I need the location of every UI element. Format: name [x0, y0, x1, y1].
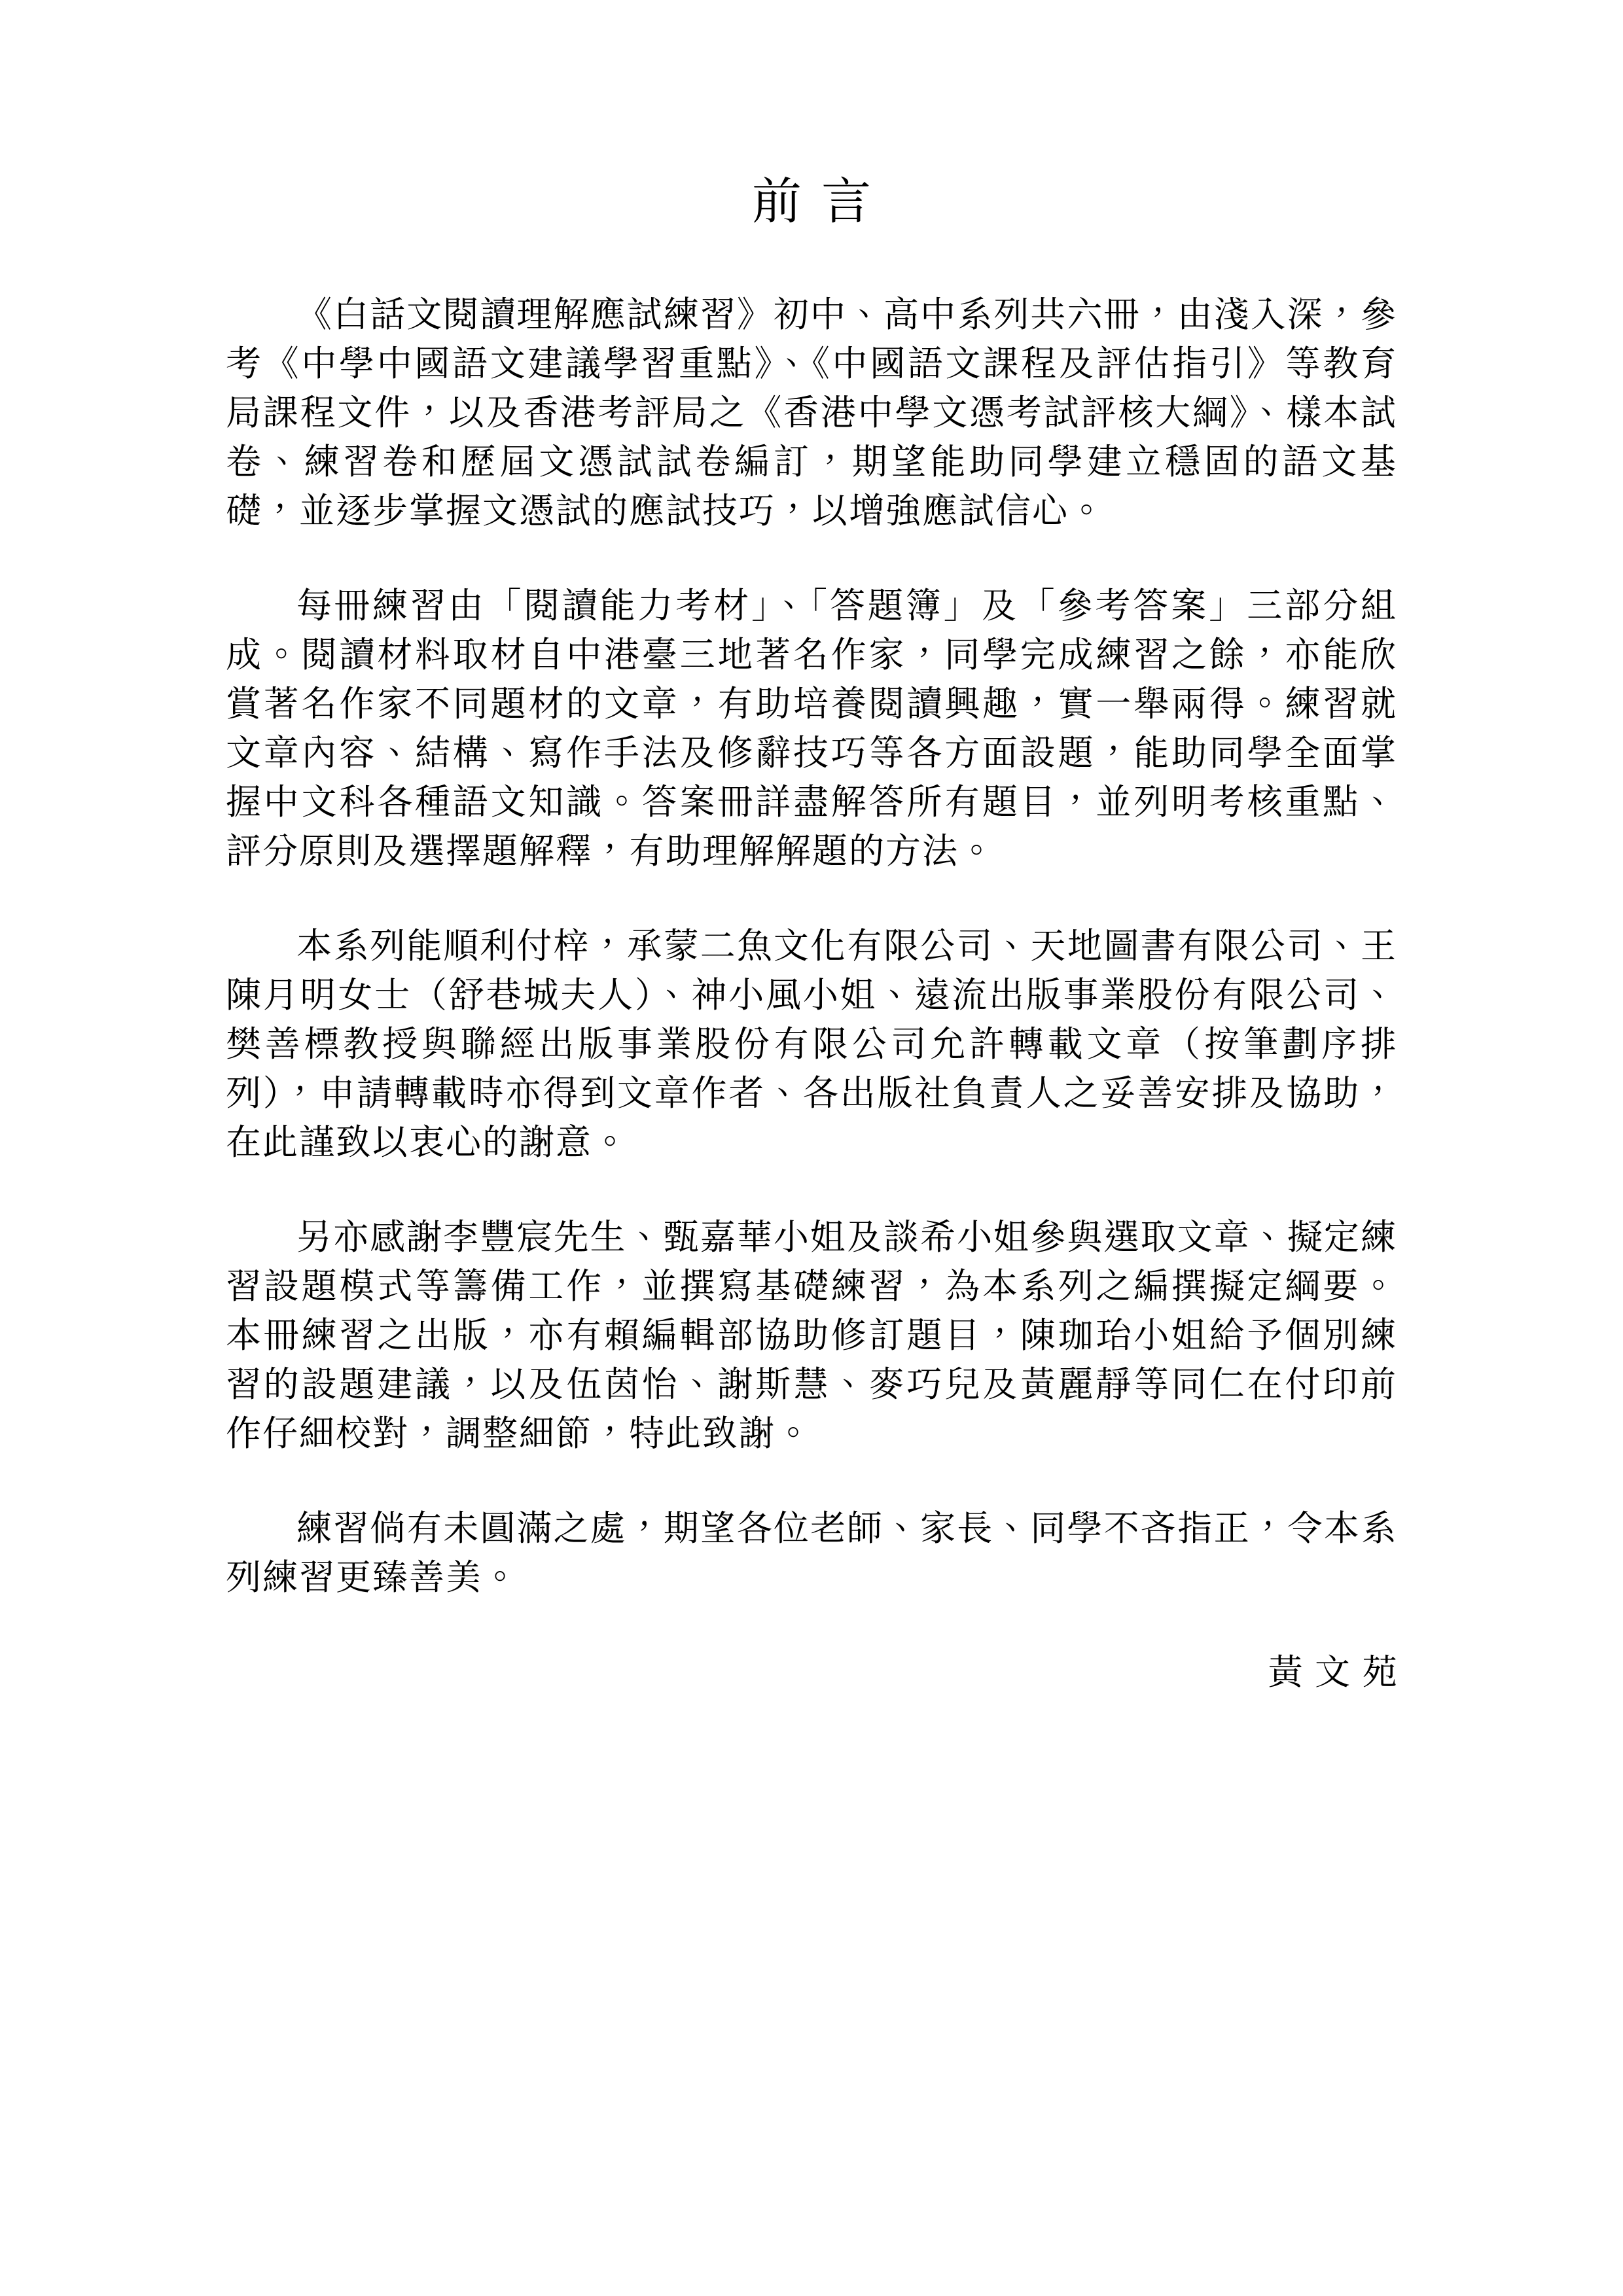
preface-page: 前言 《白話文閱讀理解應試練習》初中、高中系列共六冊，由淺入深，參考《中學中國語… [0, 0, 1623, 2296]
page-title: 前言 [226, 175, 1397, 230]
author-signature: 黃文苑 [226, 1648, 1409, 1697]
paragraph-closing: 練習倘有未圓滿之處，期望各位老師、家長、同學不吝指正，令本系列練習更臻善美。 [226, 1504, 1397, 1602]
paragraph-acknowledgement-publishers: 本系列能順利付梓，承蒙二魚文化有限公司、天地圖書有限公司、王陳月明女士（舒巷城夫… [226, 922, 1397, 1167]
paragraph-structure: 每冊練習由「閱讀能力考材」、「答題簿」及「參考答案」三部分組成。閱讀材料取材自中… [226, 582, 1397, 876]
preface-content: 《白話文閱讀理解應試練習》初中、高中系列共六冊，由淺入深，參考《中學中國語文建議… [226, 291, 1397, 1697]
paragraph-series-intro: 《白話文閱讀理解應試練習》初中、高中系列共六冊，由淺入深，參考《中學中國語文建議… [226, 291, 1397, 536]
paragraph-acknowledgement-contributors: 另亦感謝李豐宸先生、甄嘉華小姐及談希小姐參與選取文章、擬定練習設題模式等籌備工作… [226, 1213, 1397, 1458]
